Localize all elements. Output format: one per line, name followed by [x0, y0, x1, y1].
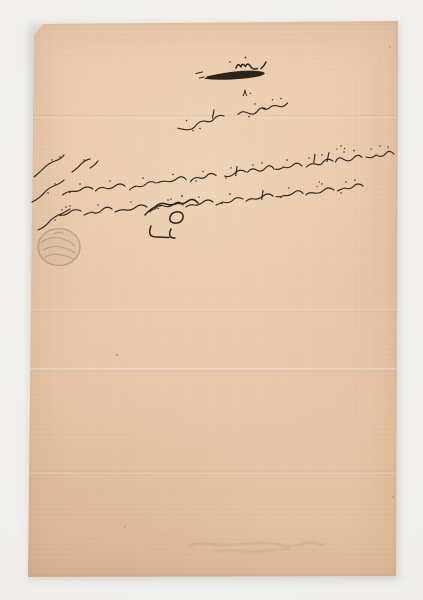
photo-backdrop: ٨٠ [0, 0, 423, 600]
signature-script [145, 195, 198, 238]
address-line-script [178, 98, 288, 132]
margin-notes-script [32, 155, 98, 230]
heading-numeral: ٨٠ [242, 88, 253, 99]
ghost-writing [190, 542, 322, 552]
seal-stamp [38, 229, 80, 266]
heading-calligraphy-flourish [196, 57, 266, 80]
body-line-1-script [63, 145, 395, 195]
paper-specks [116, 46, 394, 528]
body-line-2-script [59, 179, 363, 216]
handwriting-layer: ٨٠ [0, 0, 423, 600]
